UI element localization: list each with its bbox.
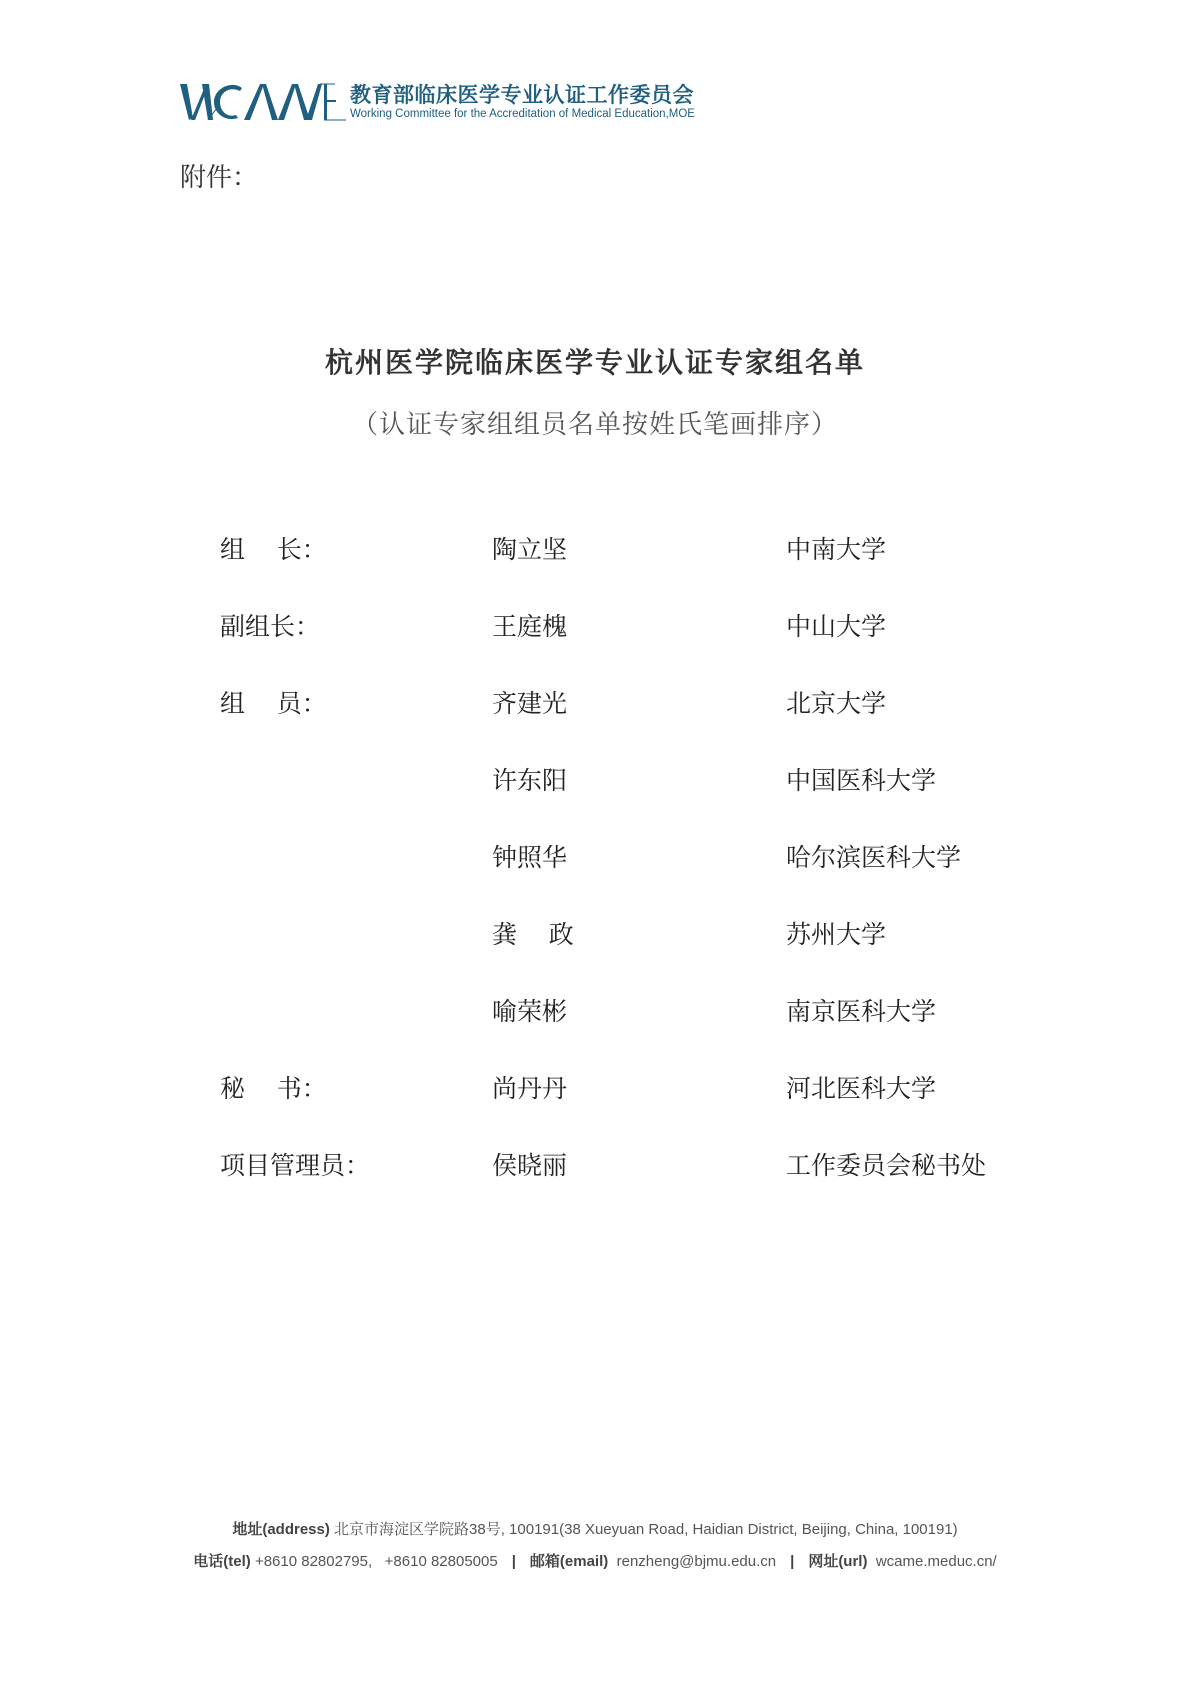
roster-row: 龚 政 苏州大学: [0, 915, 1190, 955]
roster-name: 齐建光: [492, 684, 567, 724]
tel-label: 电话(tel): [193, 1553, 251, 1570]
roster-institution: 中山大学: [786, 607, 886, 647]
url-link[interactable]: wcame.meduc.cn/: [876, 1553, 997, 1570]
tel-value: +8610 82802795, +8610 82805005: [255, 1553, 498, 1570]
footer-contact-line: 电话(tel) +8610 82802795, +8610 82805005|邮…: [0, 1551, 1190, 1573]
roster-row: 许东阳 中国医科大学: [0, 761, 1190, 801]
roster-name: 钟照华: [492, 838, 567, 878]
roster-row: 秘 书： 尚丹丹 河北医科大学: [0, 1069, 1190, 1109]
roster-name: 龚 政: [492, 915, 574, 955]
roster-row: 组 员： 齐建光 北京大学: [0, 684, 1190, 724]
roster-row: 组 长： 陶立坚 中南大学: [0, 530, 1190, 570]
footer-separator: |: [512, 1551, 516, 1573]
roster-institution: 中国医科大学: [786, 761, 936, 801]
roster-role: 秘 书：: [220, 1069, 327, 1109]
email-link[interactable]: renzheng@bjmu.edu.cn: [617, 1553, 777, 1570]
org-name-cn: 教育部临床医学专业认证工作委员会: [350, 82, 695, 108]
roster-institution: 北京大学: [786, 684, 886, 724]
document-subtitle: （认证专家组组员名单按姓氏笔画排序）: [0, 406, 1190, 444]
roster-institution: 哈尔滨医科大学: [786, 838, 961, 878]
roster-name: 喻荣彬: [492, 992, 567, 1032]
roster-role: 组 员：: [220, 684, 327, 724]
footer-address-line: 地址(address) 北京市海淀区学院路38号, 100191(38 Xuey…: [0, 1519, 1190, 1541]
letterhead: 教育部临床医学专业认证工作委员会 Working Committee for t…: [180, 82, 695, 124]
roster-row: 副组长： 王庭槐 中山大学: [0, 607, 1190, 647]
email-label: 邮箱(email): [530, 1553, 608, 1570]
roster-row: 项目管理员： 侯晓丽 工作委员会秘书处: [0, 1146, 1190, 1186]
roster-name: 许东阳: [492, 761, 567, 801]
roster-row: 钟照华 哈尔滨医科大学: [0, 838, 1190, 878]
roster-name: 王庭槐: [492, 607, 567, 647]
org-name-block: 教育部临床医学专业认证工作委员会 Working Committee for t…: [350, 82, 695, 121]
document-title: 杭州医学院临床医学专业认证专家组名单: [0, 344, 1190, 382]
roster-role: 组 长：: [220, 530, 327, 570]
address-value: 北京市海淀区学院路38号, 100191(38 Xueyuan Road, Ha…: [334, 1521, 958, 1538]
roster-role: 项目管理员：: [220, 1146, 370, 1186]
roster-name: 陶立坚: [492, 530, 567, 570]
wcame-logo-icon: [180, 82, 346, 122]
roster-institution: 南京医科大学: [786, 992, 936, 1032]
org-name-en: Working Committee for the Accreditation …: [350, 108, 695, 121]
roster-institution: 中南大学: [786, 530, 886, 570]
roster-row: 喻荣彬 南京医科大学: [0, 992, 1190, 1032]
roster-institution: 河北医科大学: [786, 1069, 936, 1109]
url-label: 网址(url): [808, 1553, 867, 1570]
address-label: 地址(address): [232, 1521, 330, 1538]
roster-institution: 苏州大学: [786, 915, 886, 955]
roster-institution: 工作委员会秘书处: [786, 1146, 986, 1186]
attachment-label: 附件：: [180, 162, 258, 194]
footer-separator: |: [790, 1551, 794, 1573]
roster-role: 副组长：: [220, 607, 320, 647]
roster-name: 侯晓丽: [492, 1146, 567, 1186]
roster-name: 尚丹丹: [492, 1069, 567, 1109]
